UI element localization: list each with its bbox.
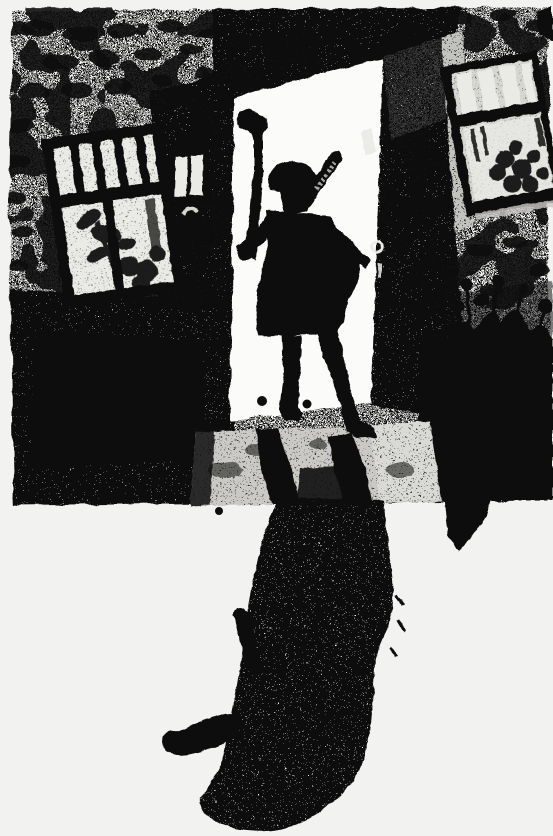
- door-jamb-left: [210, 97, 234, 428]
- left-window: [41, 122, 185, 307]
- illustration-page: [0, 0, 553, 836]
- figure-skirt: [256, 246, 348, 336]
- illustration-canvas: [0, 0, 553, 836]
- door-keyhole-mark: [378, 264, 382, 278]
